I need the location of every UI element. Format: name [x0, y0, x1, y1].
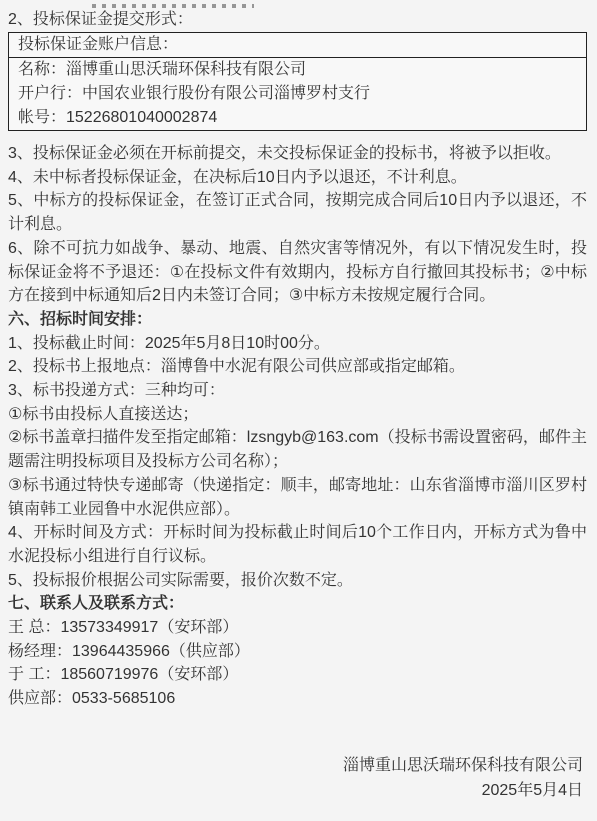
schedule-item-quotation: 5、投标报价根据公司实际需要，报价次数不定。 — [8, 569, 587, 593]
contact-yang: 杨经理：13964435966（供应部） — [8, 640, 587, 664]
deposit-form-heading: 2、投标保证金提交形式： — [8, 8, 587, 32]
account-number-row: 帐号：15226801040002874 — [9, 106, 586, 130]
delivery-method-express: ③标书通过特快专递邮寄（快递指定：顺丰，邮寄地址：山东省淄博市淄川区罗村镇南韩工… — [8, 474, 587, 521]
footer-company-name: 淄博重山思沃瑞环保科技有限公司 — [8, 753, 583, 778]
section-heading-bidding-schedule: 六、招标时间安排： — [8, 308, 587, 332]
account-name-row: 名称：淄博重山思沃瑞环保科技有限公司 — [9, 58, 586, 82]
footer-date: 2025年5月4日 — [8, 778, 583, 803]
document-page: 2、投标保证金提交形式： 投标保证金账户信息： 名称：淄博重山思沃瑞环保科技有限… — [0, 0, 597, 821]
section-heading-contacts: 七、联系人及联系方式： — [8, 592, 587, 616]
document-footer: 淄博重山思沃瑞环保科技有限公司 2025年5月4日 — [8, 753, 587, 803]
schedule-item-delivery-methods: 3、标书投递方式：三种均可： — [8, 379, 587, 403]
delivery-method-direct: ①标书由投标人直接送达； — [8, 403, 587, 427]
schedule-item-opening: 4、开标时间及方式：开标时间为投标截止时间后10个工作日内，开标方式为鲁中水泥投… — [8, 521, 587, 568]
deposit-rule-3: 3、投标保证金必须在开标前提交，未交投标保证金的投标书，将被予以拒收。 — [8, 142, 587, 166]
contact-yu: 于 工：18560719976（安环部） — [8, 663, 587, 687]
account-table-header: 投标保证金账户信息： — [9, 33, 586, 58]
account-bank-row: 开户行：中国农业银行股份有限公司淄博罗村支行 — [9, 82, 586, 106]
contact-supply-dept: 供应部：0533-5685106 — [8, 687, 587, 711]
clipped-line-fragment — [92, 4, 254, 8]
schedule-item-submission-place: 2、投标书上报地点：淄博鲁中水泥有限公司供应部或指定邮箱。 — [8, 355, 587, 379]
contact-wang: 王 总：13573349917（安环部） — [8, 616, 587, 640]
deposit-rule-6: 6、除不可抗力如战争、暴动、地震、自然灾害等情况外，有以下情况发生时，投标保证金… — [8, 237, 587, 308]
schedule-item-deadline: 1、投标截止时间：2025年5月8日10时00分。 — [8, 332, 587, 356]
deposit-rule-4: 4、未中标者投标保证金，在决标后10日内予以退还，不计利息。 — [8, 166, 587, 190]
deposit-rule-5: 5、中标方的投标保证金，在签订正式合同，按期完成合同后10日内予以退还，不计利息… — [8, 189, 587, 236]
delivery-method-email: ②标书盖章扫描件发至指定邮箱：lzsngyb@163.com（投标书需设置密码，… — [8, 426, 587, 473]
deposit-account-table: 投标保证金账户信息： 名称：淄博重山思沃瑞环保科技有限公司 开户行：中国农业银行… — [8, 32, 587, 131]
